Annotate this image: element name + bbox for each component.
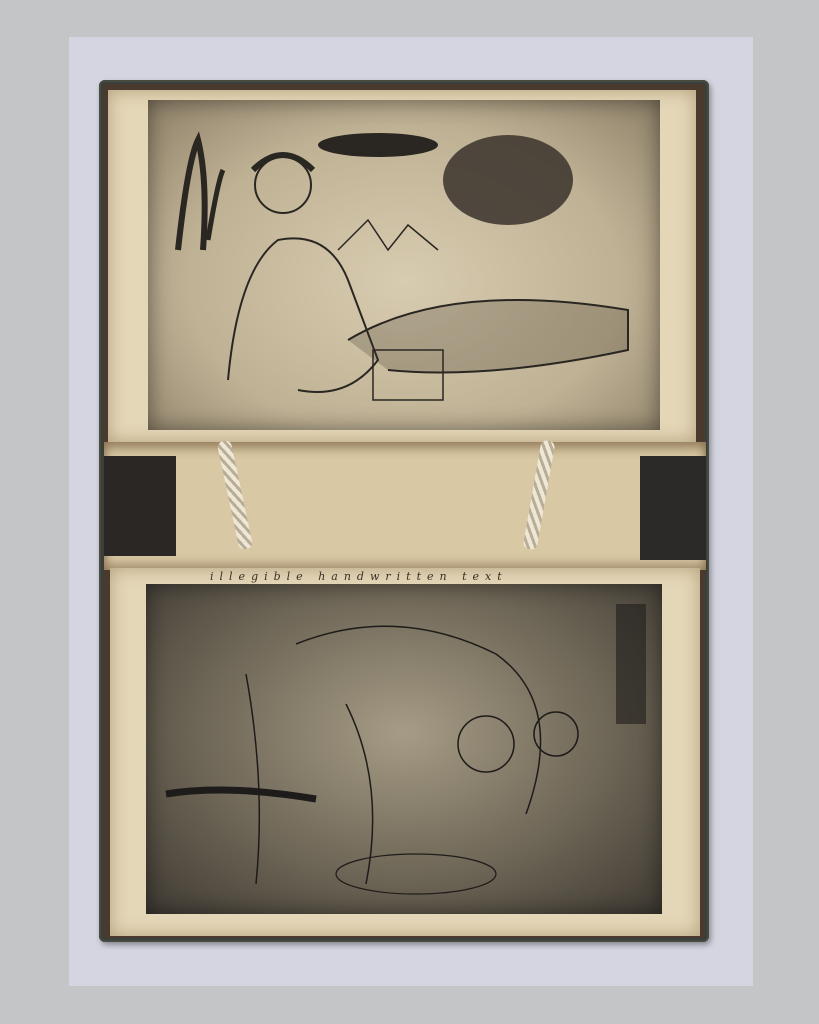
handwritten-inscription: illegible handwritten text <box>210 570 510 586</box>
top-etching-drawing <box>148 100 660 430</box>
bottom-etching-drawing <box>146 584 662 914</box>
bottom-page <box>110 568 700 936</box>
book-spine <box>104 442 706 570</box>
top-page <box>108 90 696 442</box>
bottom-etching <box>146 584 662 914</box>
top-etching <box>148 100 660 430</box>
